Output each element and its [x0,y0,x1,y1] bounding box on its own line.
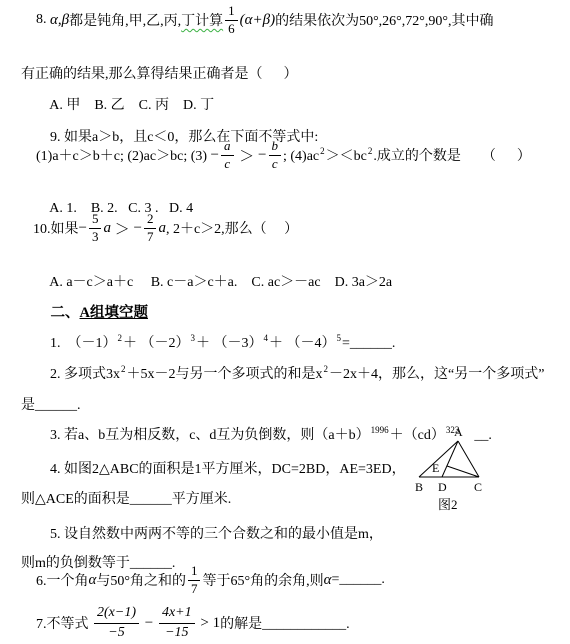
q9-greater-than: ＞ [236,145,259,166]
fraction-numerator: b [269,139,282,156]
fraction-numerator: 1 [225,4,238,21]
q9-minus-2: − [258,147,266,164]
fraction-denominator: 7 [147,229,154,245]
fraction-two-sevenths: 27 [144,212,157,245]
f6-alpha-2: α [324,572,332,589]
q9-exponent-1: 2 [320,146,325,156]
point-label-d: D [438,480,447,494]
f6-mid-text-2: 等于65°角的余角,则 [202,570,323,590]
f2-exponent-2: 2 [324,364,329,374]
fraction-denominator: c [272,156,278,172]
q10-var-a-2: a [158,220,166,237]
fraction-numerator: 1 [188,564,201,581]
fraction-numerator: 2(x−1) [94,605,139,623]
fill-question-7: 7.不等式 2(x−1)−5 − 4x+1−15 > 1的解是_________… [36,602,350,644]
f2-text-3: －2x＋4，那么，这“另一个多项式” [329,367,544,382]
question-9-expression-line: (1)a＋c＞b＋c; (2)ac＞bc; (3) −ac ＞ −bc; (4)… [36,135,531,175]
f1-exponent-1: 2 [118,333,123,343]
q10-pre-text: 10.如果 [33,218,79,238]
q9-minus-1: − [211,147,219,164]
f7-pre-text: 7.不等式 [36,613,92,633]
q8-options-text: A. 甲 B. 乙 C. 丙 D. 丁 [49,98,214,113]
f1-exponent-2: 3 [191,333,196,343]
fraction-4x-plus-1-over-neg15: 4x+1−15 [159,605,195,640]
fraction-one-seventh: 17 [188,564,201,597]
q10-minus-2: − [133,220,141,237]
q10-minus-1: − [79,220,87,237]
q8-greek-vars: α,β [50,12,69,29]
vertex-label-c: C [474,480,482,494]
fraction-numerator: 2 [144,212,157,229]
fraction-numerator: a [221,139,234,156]
fraction-a-over-c: ac [221,139,234,172]
f1-exponent-4: 5 [337,333,342,343]
figure-2-triangle: A E B D C [403,424,493,494]
f7-minus: − [141,615,157,632]
q9-expr-2: ; (4)ac2＞＜bc2.成立的个数是 （ ） [283,145,531,165]
q8-text-2: 的结果依次为50°,26°,72°,90°,其中确 [275,10,493,30]
fill-question-6: 6.一个角α与50°角之和的17等于65°角的余角,则α=______. [36,562,385,598]
q8-text-1: 都是钝角,甲,乙,丙, [69,10,181,30]
q8-number: 8. [36,12,50,28]
f3-text-1: 3. 若a、b互为相反数，c、d互为负倒数，则（a＋b） [50,428,370,443]
triangle-lines [419,441,479,477]
vertex-label-a: A [454,425,463,439]
worksheet-page: 8. α,β都是钝角,甲,乙,丙,丁计算16(α+β)的结果依次为50°,26°… [0,0,570,644]
fraction-b-over-c: bc [269,139,282,172]
fraction-denominator: −15 [165,624,188,641]
point-label-e: E [432,461,439,475]
q8-squiggle-text: 丁计算 [181,10,223,30]
f6-blank: =______. [331,572,384,588]
q10-greater-than: ＞ [111,218,134,239]
f6-mid-text-1: 与50°角之和的 [96,570,186,590]
f7-blank: 的解是____________. [220,613,350,633]
fraction-denominator: 3 [92,229,99,245]
q8-alpha-beta-expr: (α+β) [240,12,275,29]
f7-greater-than-1: > 1 [197,615,220,632]
fraction-denominator: c [224,156,230,172]
q9-exponent-2: 2 [368,146,373,156]
fraction-denominator: 7 [191,581,198,597]
q9-expr-2-text: ; (4)ac [283,149,319,164]
f4-line2-text: 则△ACE的面积是______平方厘米. [21,492,231,507]
fraction-denominator: −5 [108,624,124,641]
fraction-numerator: 4x+1 [159,605,195,623]
q10-post-text: , 2＋c＞2,那么（ ） [166,218,298,238]
f1-exponent-3: 4 [264,333,269,343]
fraction-one-sixth: 16 [225,4,238,37]
fraction-five-thirds: 53 [89,212,102,245]
fraction-2x-minus-1-over-neg5: 2(x−1)−5 [94,605,139,640]
figure-2-caption: 图2 [438,494,458,513]
f2-exponent-1: 2 [121,364,126,374]
f6-pre-text: 6.一个角 [36,570,89,590]
q9-expr-4-text: .成立的个数是 （ ） [373,149,531,164]
fraction-denominator: 6 [228,21,235,37]
fill-question-2-line-1: 2. 多项式3x2＋5x－2与另一个多项式的和是x2－2x＋4，那么，这“另一个… [36,349,544,400]
q9-expr-1: (1)a＋c＞b＋c; (2)ac＞bc; (3) [36,145,211,165]
question-8-line-1: 8. α,β都是钝角,甲,乙,丙,丁计算16(α+β)的结果依次为50°,26°… [36,2,493,38]
fraction-numerator: 5 [89,212,102,229]
f6-alpha-1: α [89,572,97,589]
question-10-line: 10.如果−53a ＞ −27a, 2＋c＞2,那么（ ） [33,208,298,248]
f3-exponent-1996: 1996 [371,425,389,435]
vertex-label-b: B [415,480,423,494]
q9-expr-1-text: (1)a＋c＞b＋c; (2)ac＞bc; (3) [36,149,211,164]
q9-expr-3-text: ＞＜bc [326,149,367,164]
f2-text-2: ＋5x－2与另一个多项式的和是x [127,367,323,382]
q10-var-a-1: a [103,220,111,237]
